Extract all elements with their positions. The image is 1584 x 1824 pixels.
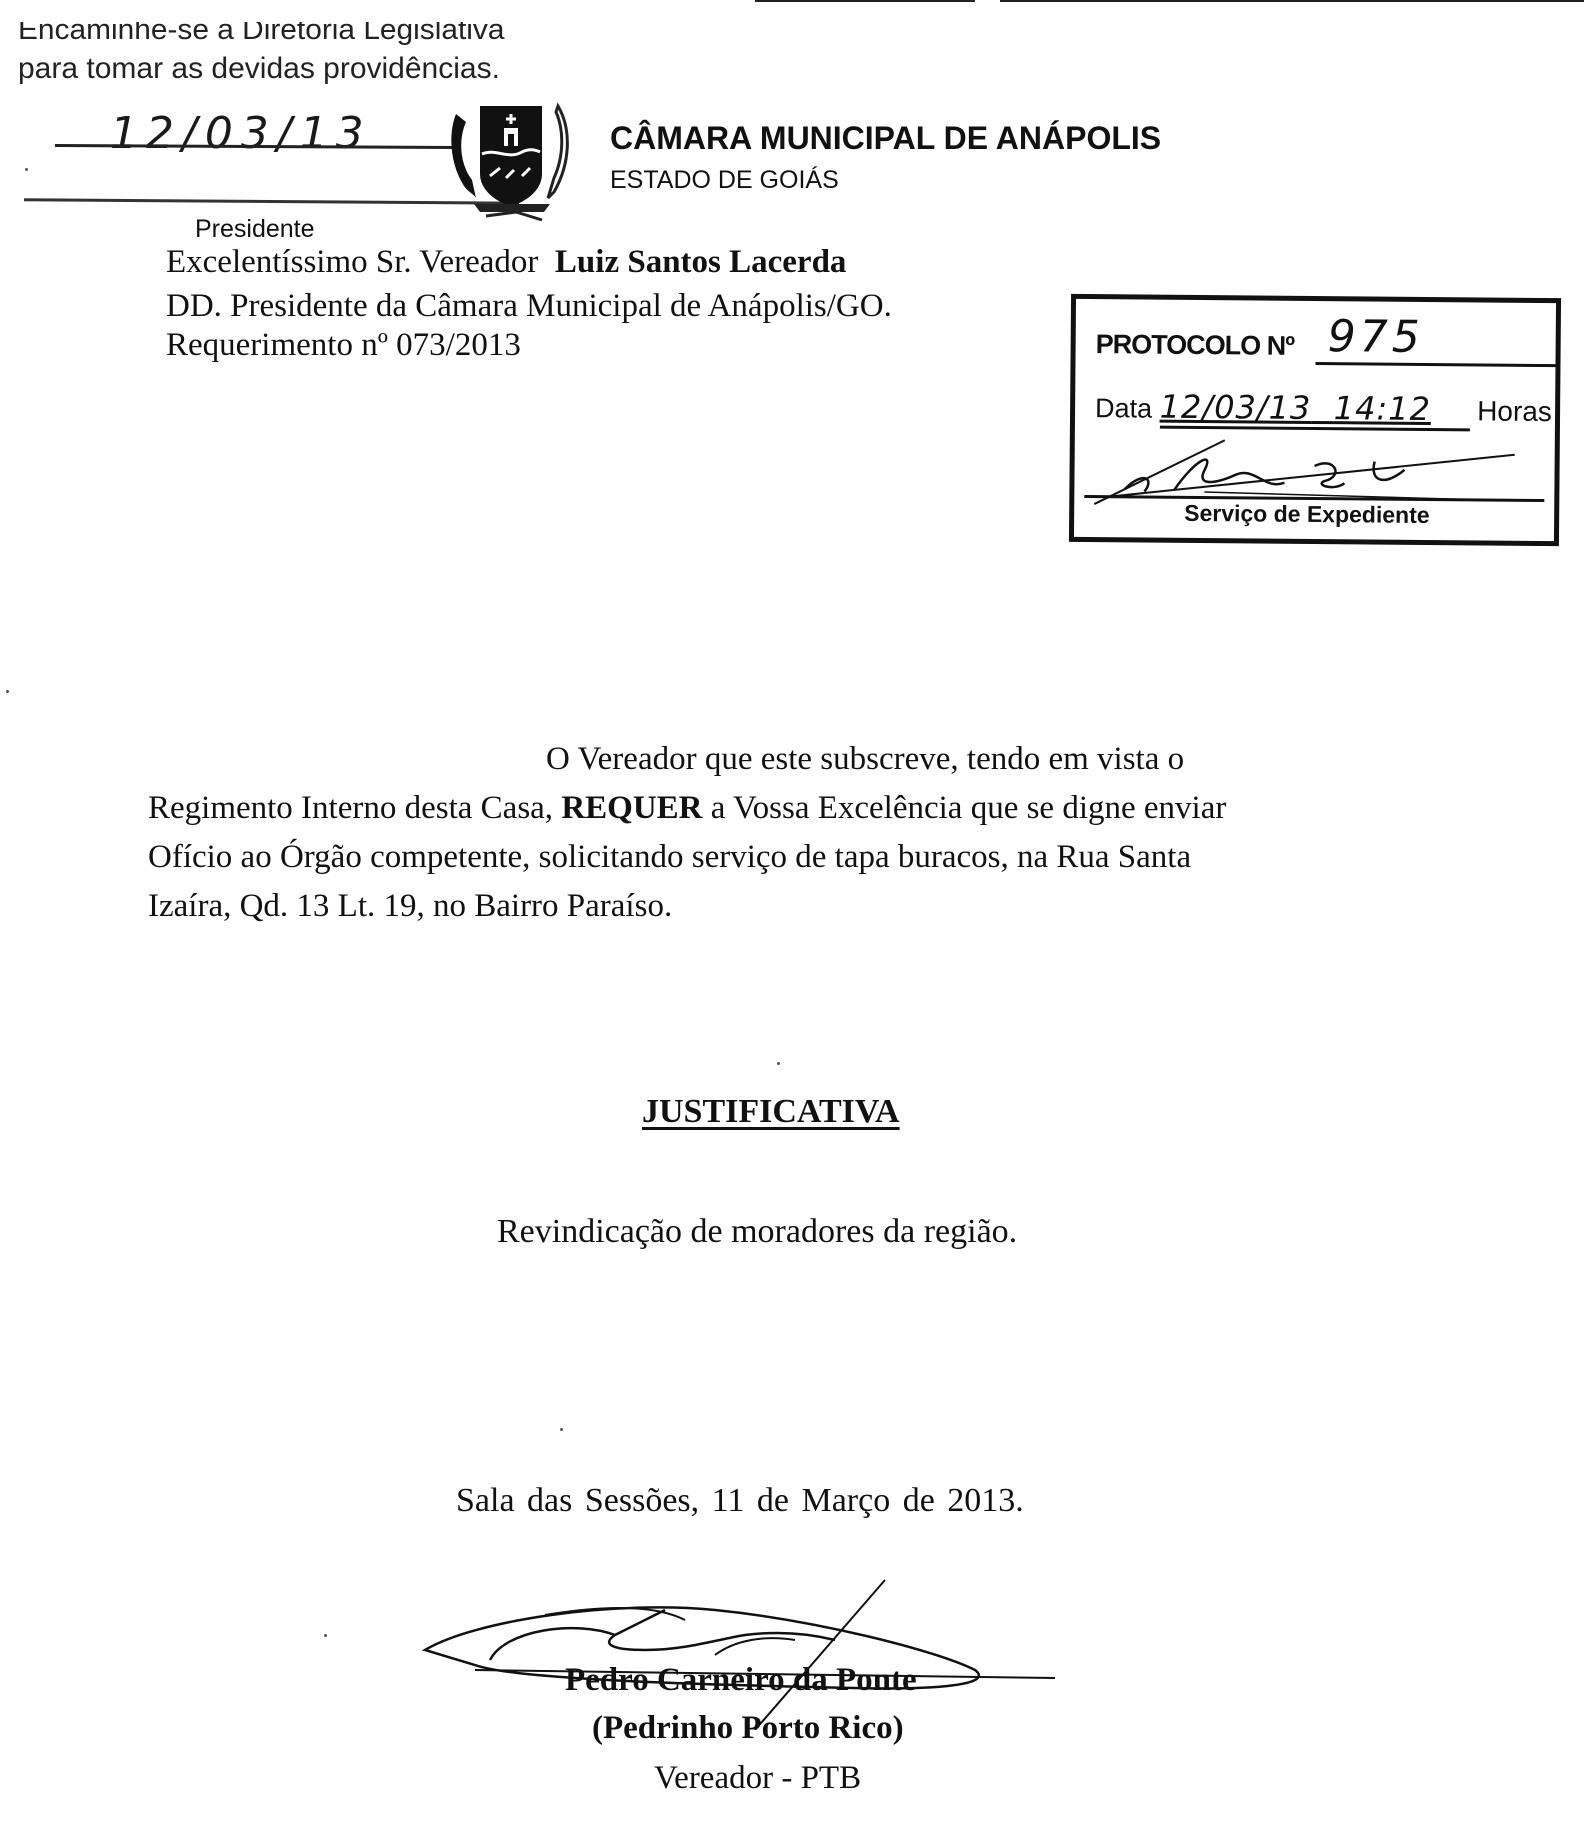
justification-heading: JUSTIFICATIVA: [642, 1093, 900, 1131]
requer-keyword: REQUER: [561, 790, 702, 826]
protocol-stamp: PROTOCOLO Nº 975 Data 12/03/13 14:12 Hor…: [1069, 294, 1561, 546]
scan-speck: [560, 1428, 563, 1431]
signature-rule: [24, 198, 519, 204]
coat-of-arms-icon: [446, 94, 576, 222]
body-line-2-post: a Vossa Excelência que se digne enviar: [711, 790, 1227, 826]
protocol-number: 975: [1315, 311, 1557, 367]
protocol-number-row: PROTOCOLO Nº 975: [1096, 329, 1295, 362]
dispatch-line-1: Encaminhe-se à Diretoria Legislativa: [18, 14, 504, 47]
addressee-name: Luiz Santos Lacerda: [555, 244, 847, 280]
signature-role-label: Presidente: [195, 215, 315, 244]
scan-speck: [6, 690, 9, 693]
salutation: Excelentíssimo Sr. Vereador: [166, 244, 538, 280]
handwritten-dispatch-date: 12/03/13: [110, 108, 372, 159]
dispatch-line-2: para tomar as devidas providências.: [18, 52, 500, 86]
protocol-label: PROTOCOLO Nº: [1096, 329, 1295, 361]
body-line-4: Izaíra, Qd. 13 Lt. 19, no Bairro Paraíso…: [148, 888, 672, 924]
handwritten-signature-icon: [415, 1560, 1065, 1730]
scan-speck: [25, 168, 28, 171]
org-name: CÂMARA MUNICIPAL DE ANÁPOLIS: [610, 120, 1161, 157]
justification-text: Revindicação de moradores da região.: [497, 1213, 1017, 1251]
scan-edge-line: [755, 0, 975, 2]
closing-place-date: Sala das Sessões, 11 de Março de 2013.: [456, 1482, 1024, 1520]
addressee-line: Excelentíssimo Sr. Vereador Luiz Santos …: [166, 244, 846, 281]
stamp-footer: Serviço de Expediente: [1184, 500, 1430, 529]
request-reference: Requerimento nº 073/2013: [166, 327, 521, 364]
scan-speck: [777, 1062, 780, 1065]
body-line-2-pre: Regimento Interno desta Casa,: [148, 790, 553, 826]
signatory-nickname: (Pedrinho Porto Rico): [592, 1710, 904, 1747]
body-line-3: Ofício ao Órgão competente, solicitando …: [148, 839, 1191, 875]
org-state: ESTADO DE GOIÁS: [610, 166, 839, 195]
signatory-role: Vereador - PTB: [654, 1760, 861, 1797]
body-line-1: O Vereador que este subscreve, tendo em …: [546, 741, 1184, 777]
request-body: O Vereador que este subscreve, tendo em …: [148, 735, 1456, 931]
scan-edge-line: [1000, 0, 1584, 2]
scan-speck: [324, 1634, 327, 1637]
addressee-title: DD. Presidente da Câmara Municipal de An…: [166, 288, 892, 325]
signatory-name: Pedro Carneiro da Ponte: [565, 1662, 917, 1699]
